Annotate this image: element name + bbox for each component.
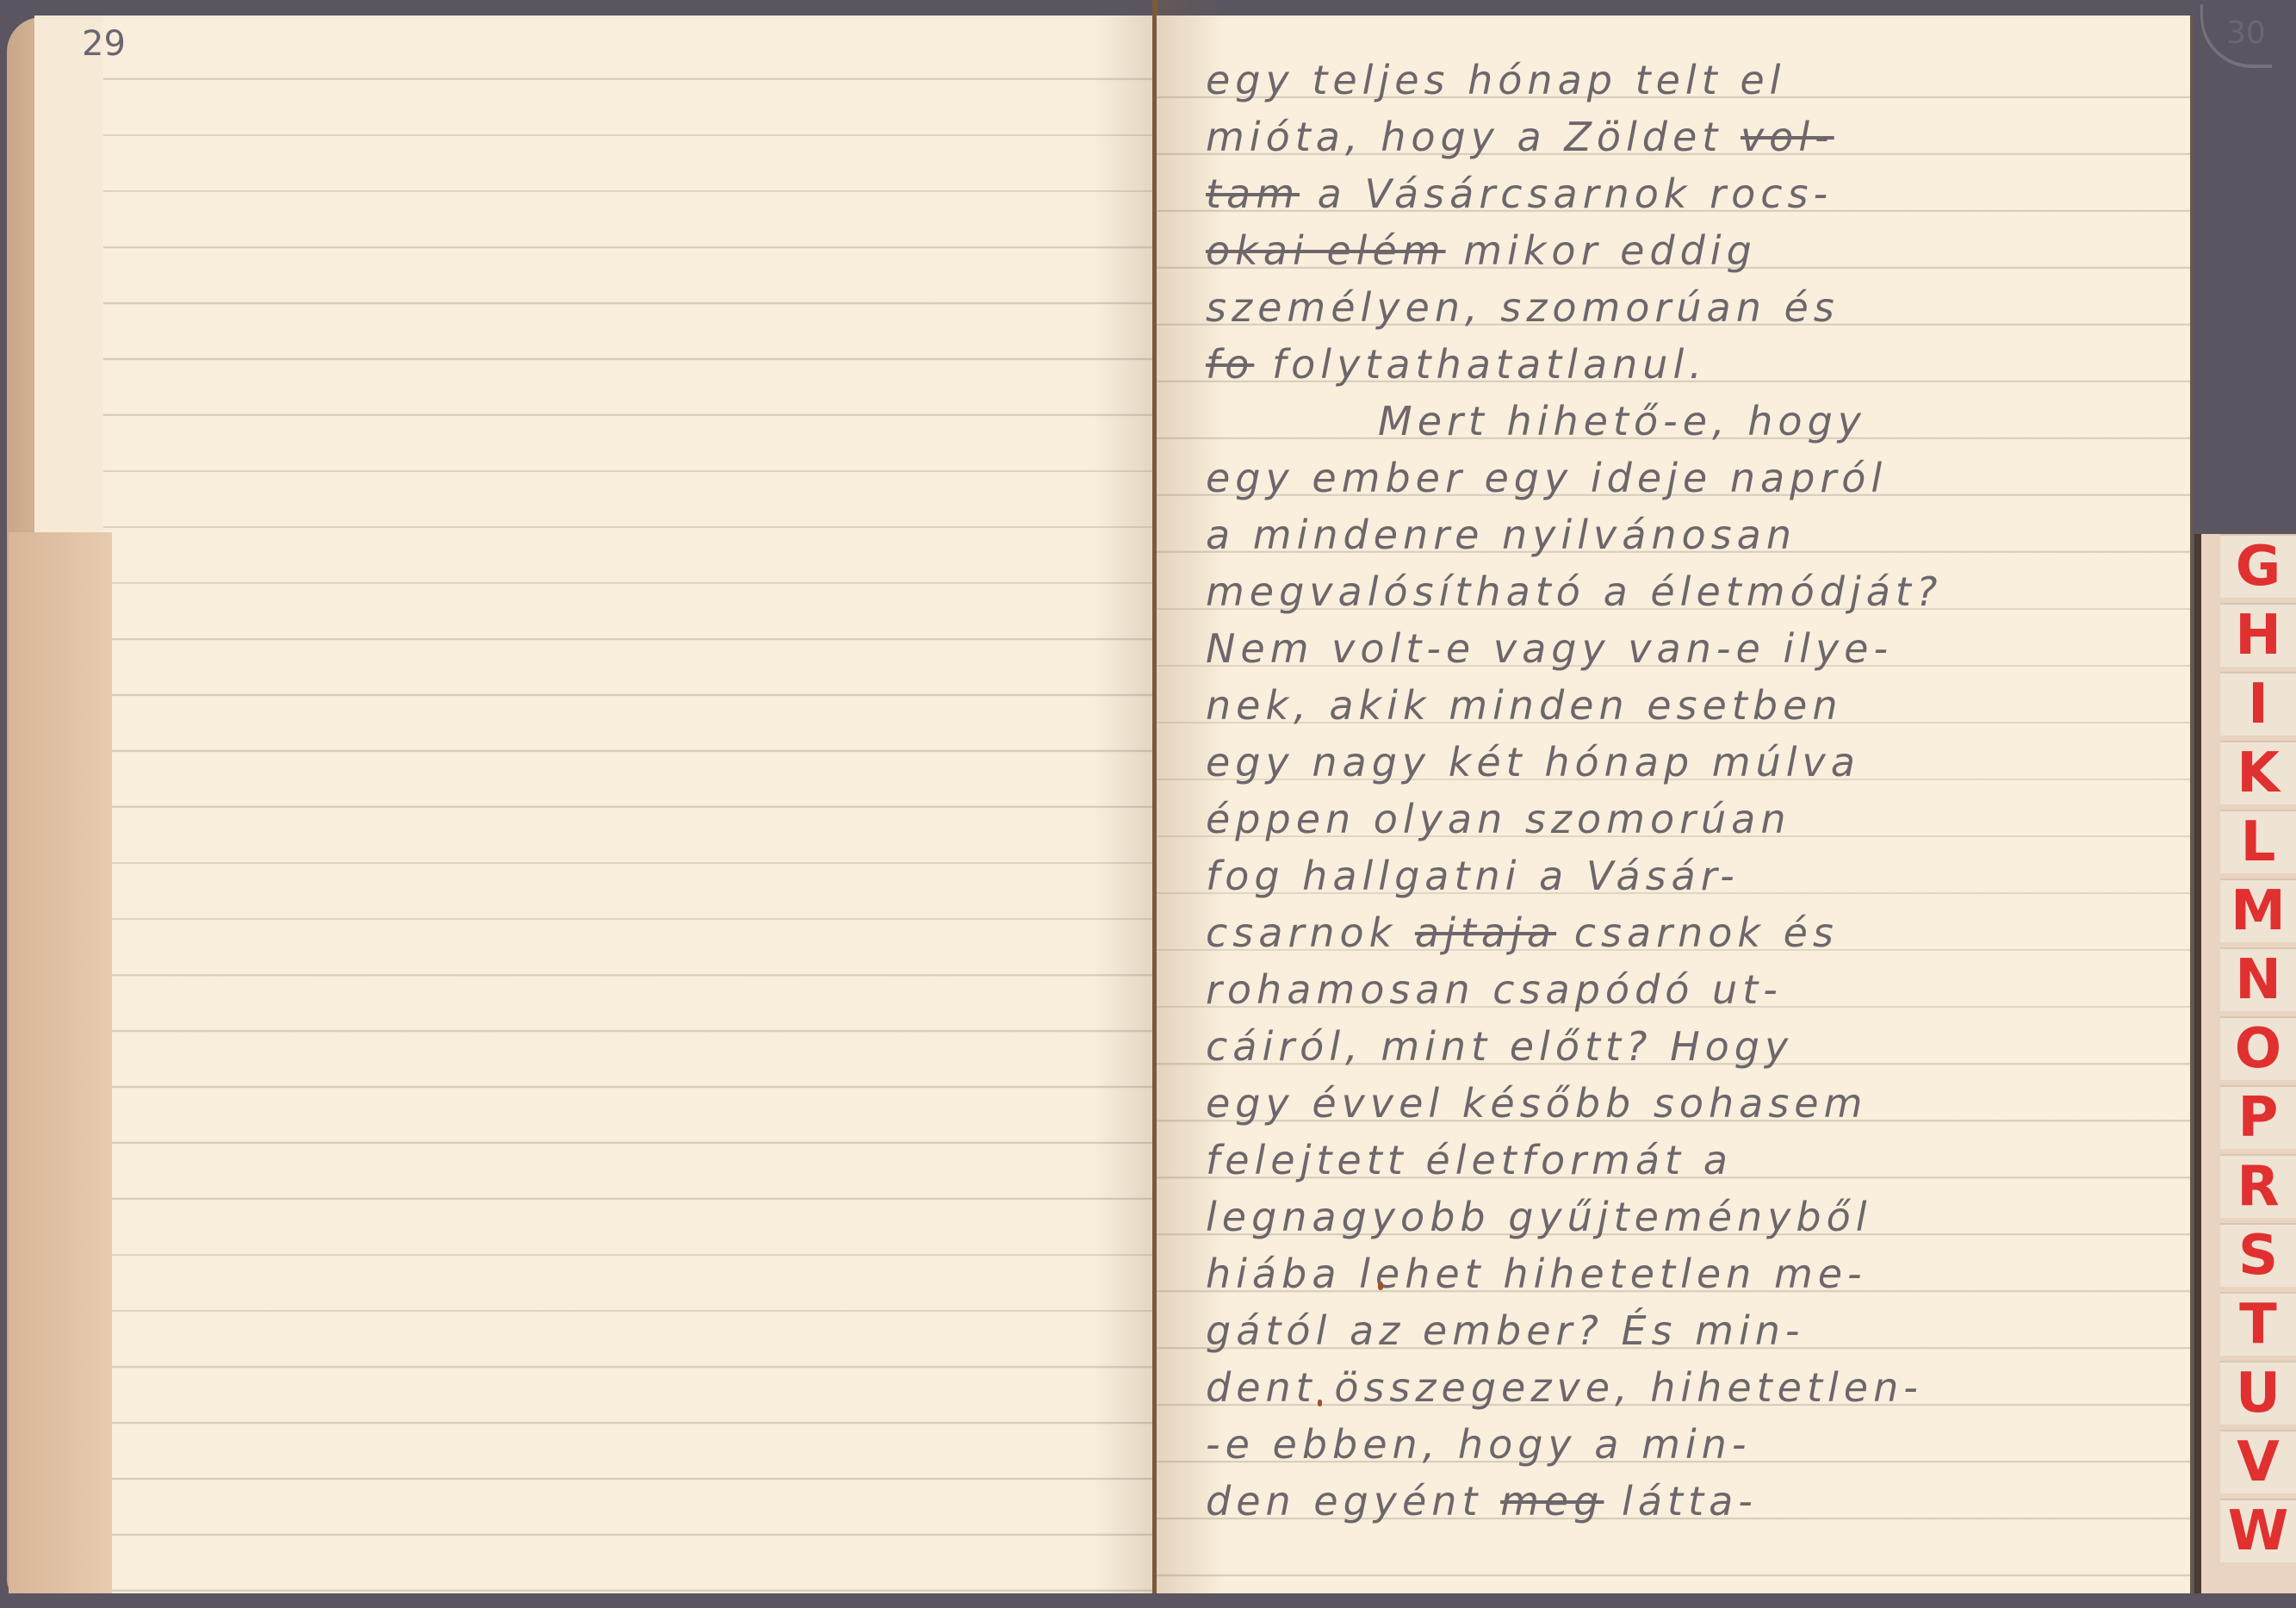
handwritten-line: den egyént meg látta- (1206, 1473, 2179, 1530)
handwritten-line: -e ebben, hogy a min- (1206, 1416, 2179, 1473)
handwritten-line: Nem volt-e vagy van-e ilye- (1206, 620, 2179, 677)
left-page-margin-strip (34, 16, 103, 532)
index-tab-t[interactable]: T (2220, 1292, 2296, 1356)
index-tab-i[interactable]: I (2220, 672, 2296, 736)
index-tab-g[interactable]: G (2220, 534, 2296, 598)
index-tab-v[interactable]: V (2220, 1430, 2296, 1493)
index-tab-k[interactable]: K (2220, 741, 2296, 804)
index-tab-r[interactable]: R (2220, 1154, 2296, 1218)
index-tab-u[interactable]: U (2220, 1361, 2296, 1425)
handwritten-line: mióta, hogy a Zöldet vol- (1206, 109, 2179, 165)
handwritten-line: cáiról, mint előtt? Hogy (1206, 1018, 2179, 1075)
ink-speck (1318, 1400, 1322, 1406)
handwritten-line: rohamosan csapódó ut- (1206, 961, 2179, 1018)
index-tab-m[interactable]: M (2220, 879, 2296, 942)
left-page-edge-strip (9, 532, 112, 1599)
handwritten-line: csarnok ajtaja csarnok és (1206, 904, 2179, 961)
handwritten-line: egy teljes hónap telt el (1206, 52, 2179, 109)
index-tab-n[interactable]: N (2220, 947, 2296, 1011)
handwritten-line: dent összegezve, hihetetlen- (1206, 1359, 2179, 1416)
notebook-spread: 29 30 egy teljes hónap telt elmióta, hog… (0, 0, 2296, 1608)
handwritten-line: gától az ember? És min- (1206, 1302, 2179, 1359)
left-page-number: 29 (82, 24, 126, 64)
index-tab-o[interactable]: O (2220, 1016, 2296, 1080)
handwritten-line: legnagyobb gyűjteményből (1206, 1189, 2179, 1245)
index-tab-h[interactable]: H (2220, 603, 2296, 667)
right-page-number: 30 (2226, 16, 2266, 51)
handwritten-line: hiába lehet hihetetlen me- (1206, 1245, 2179, 1302)
handwritten-line: fo folytathatatlanul. (1206, 336, 2179, 393)
handwritten-line: Mert hihető-e, hogy (1206, 393, 2179, 450)
handwritten-line: felejtett életformát a (1206, 1132, 2179, 1189)
scan-bottom-edge (0, 1593, 2296, 1608)
handwritten-line: tam a Vásárcsarnok rocs- (1206, 165, 2179, 222)
index-tab-w[interactable]: W (2220, 1499, 2296, 1562)
ink-speck (1378, 1282, 1383, 1290)
handwritten-line: a mindenre nyilvánosan (1206, 506, 2179, 563)
handwritten-line: egy évvel később sohasem (1206, 1075, 2179, 1132)
handwritten-line: fog hallgatni a Vásár- (1206, 847, 2179, 904)
handwritten-line: egy nagy két hónap múlva (1206, 734, 2179, 791)
index-tab-s[interactable]: S (2220, 1223, 2296, 1287)
handwritten-line: nek, akik minden esetben (1206, 677, 2179, 734)
index-tab-p[interactable]: P (2220, 1085, 2296, 1149)
index-tab-l[interactable]: L (2220, 810, 2296, 873)
handwritten-line: személyen, szomorúan és (1206, 279, 2179, 336)
handwritten-line: éppen olyan szomorúan (1206, 791, 2179, 847)
alphabet-index-tabs: GHIKLMNOPRSTUVW (2194, 534, 2296, 1608)
left-page (34, 16, 1154, 1599)
handwritten-line: egy ember egy ideje napról (1206, 450, 2179, 506)
handwritten-text: egy teljes hónap telt elmióta, hogy a Zö… (1206, 52, 2179, 1530)
handwritten-line: okai elém mikor eddig (1206, 222, 2179, 279)
handwritten-line: megvalósítható a életmódját? (1206, 563, 2179, 620)
